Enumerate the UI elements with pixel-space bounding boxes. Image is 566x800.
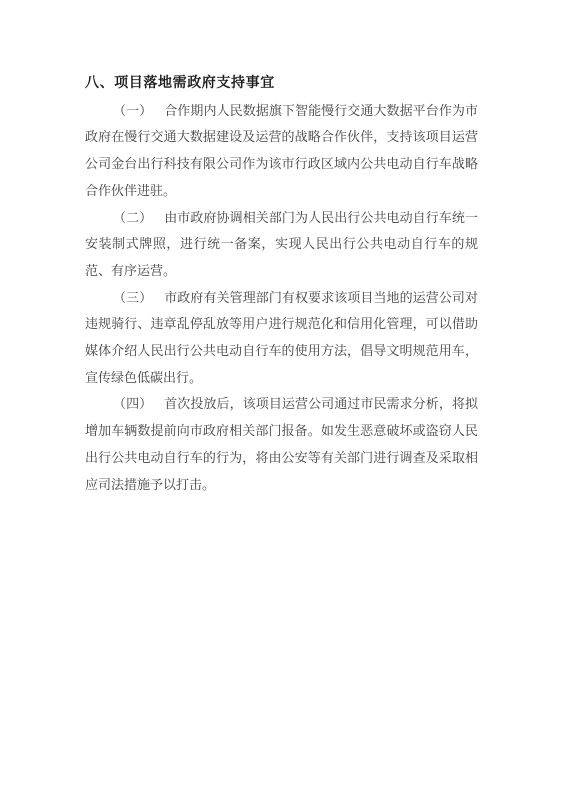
paragraph-3: （三）市政府有关管理部门有权要求该项目当地的运营公司对违规骑行、违章乱停乱放等用… bbox=[85, 285, 478, 392]
paragraph-1: （一）合作期内人民数据旗下智能慢行交通大数据平台作为市政府在慢行交通大数据建设及… bbox=[85, 98, 478, 205]
document-page: 八、项目落地需政府支持事宜 （一）合作期内人民数据旗下智能慢行交通大数据平台作为… bbox=[0, 0, 566, 800]
paragraph-2: （二）由市政府协调相关部门为人民出行公共电动自行车统一安装制式牌照，进行统一备案… bbox=[85, 205, 478, 285]
paragraph-4: （四）首次投放后，该项目运营公司通过市民需求分析，将拟增加车辆数提前向市政府相关… bbox=[85, 391, 478, 498]
section-heading: 八、项目落地需政府支持事宜 bbox=[85, 71, 478, 98]
paragraph-3-number: （三） bbox=[113, 290, 152, 305]
paragraph-2-number: （二） bbox=[113, 210, 152, 225]
paragraph-1-number: （一） bbox=[113, 103, 152, 118]
paragraph-4-number: （四） bbox=[113, 396, 152, 411]
